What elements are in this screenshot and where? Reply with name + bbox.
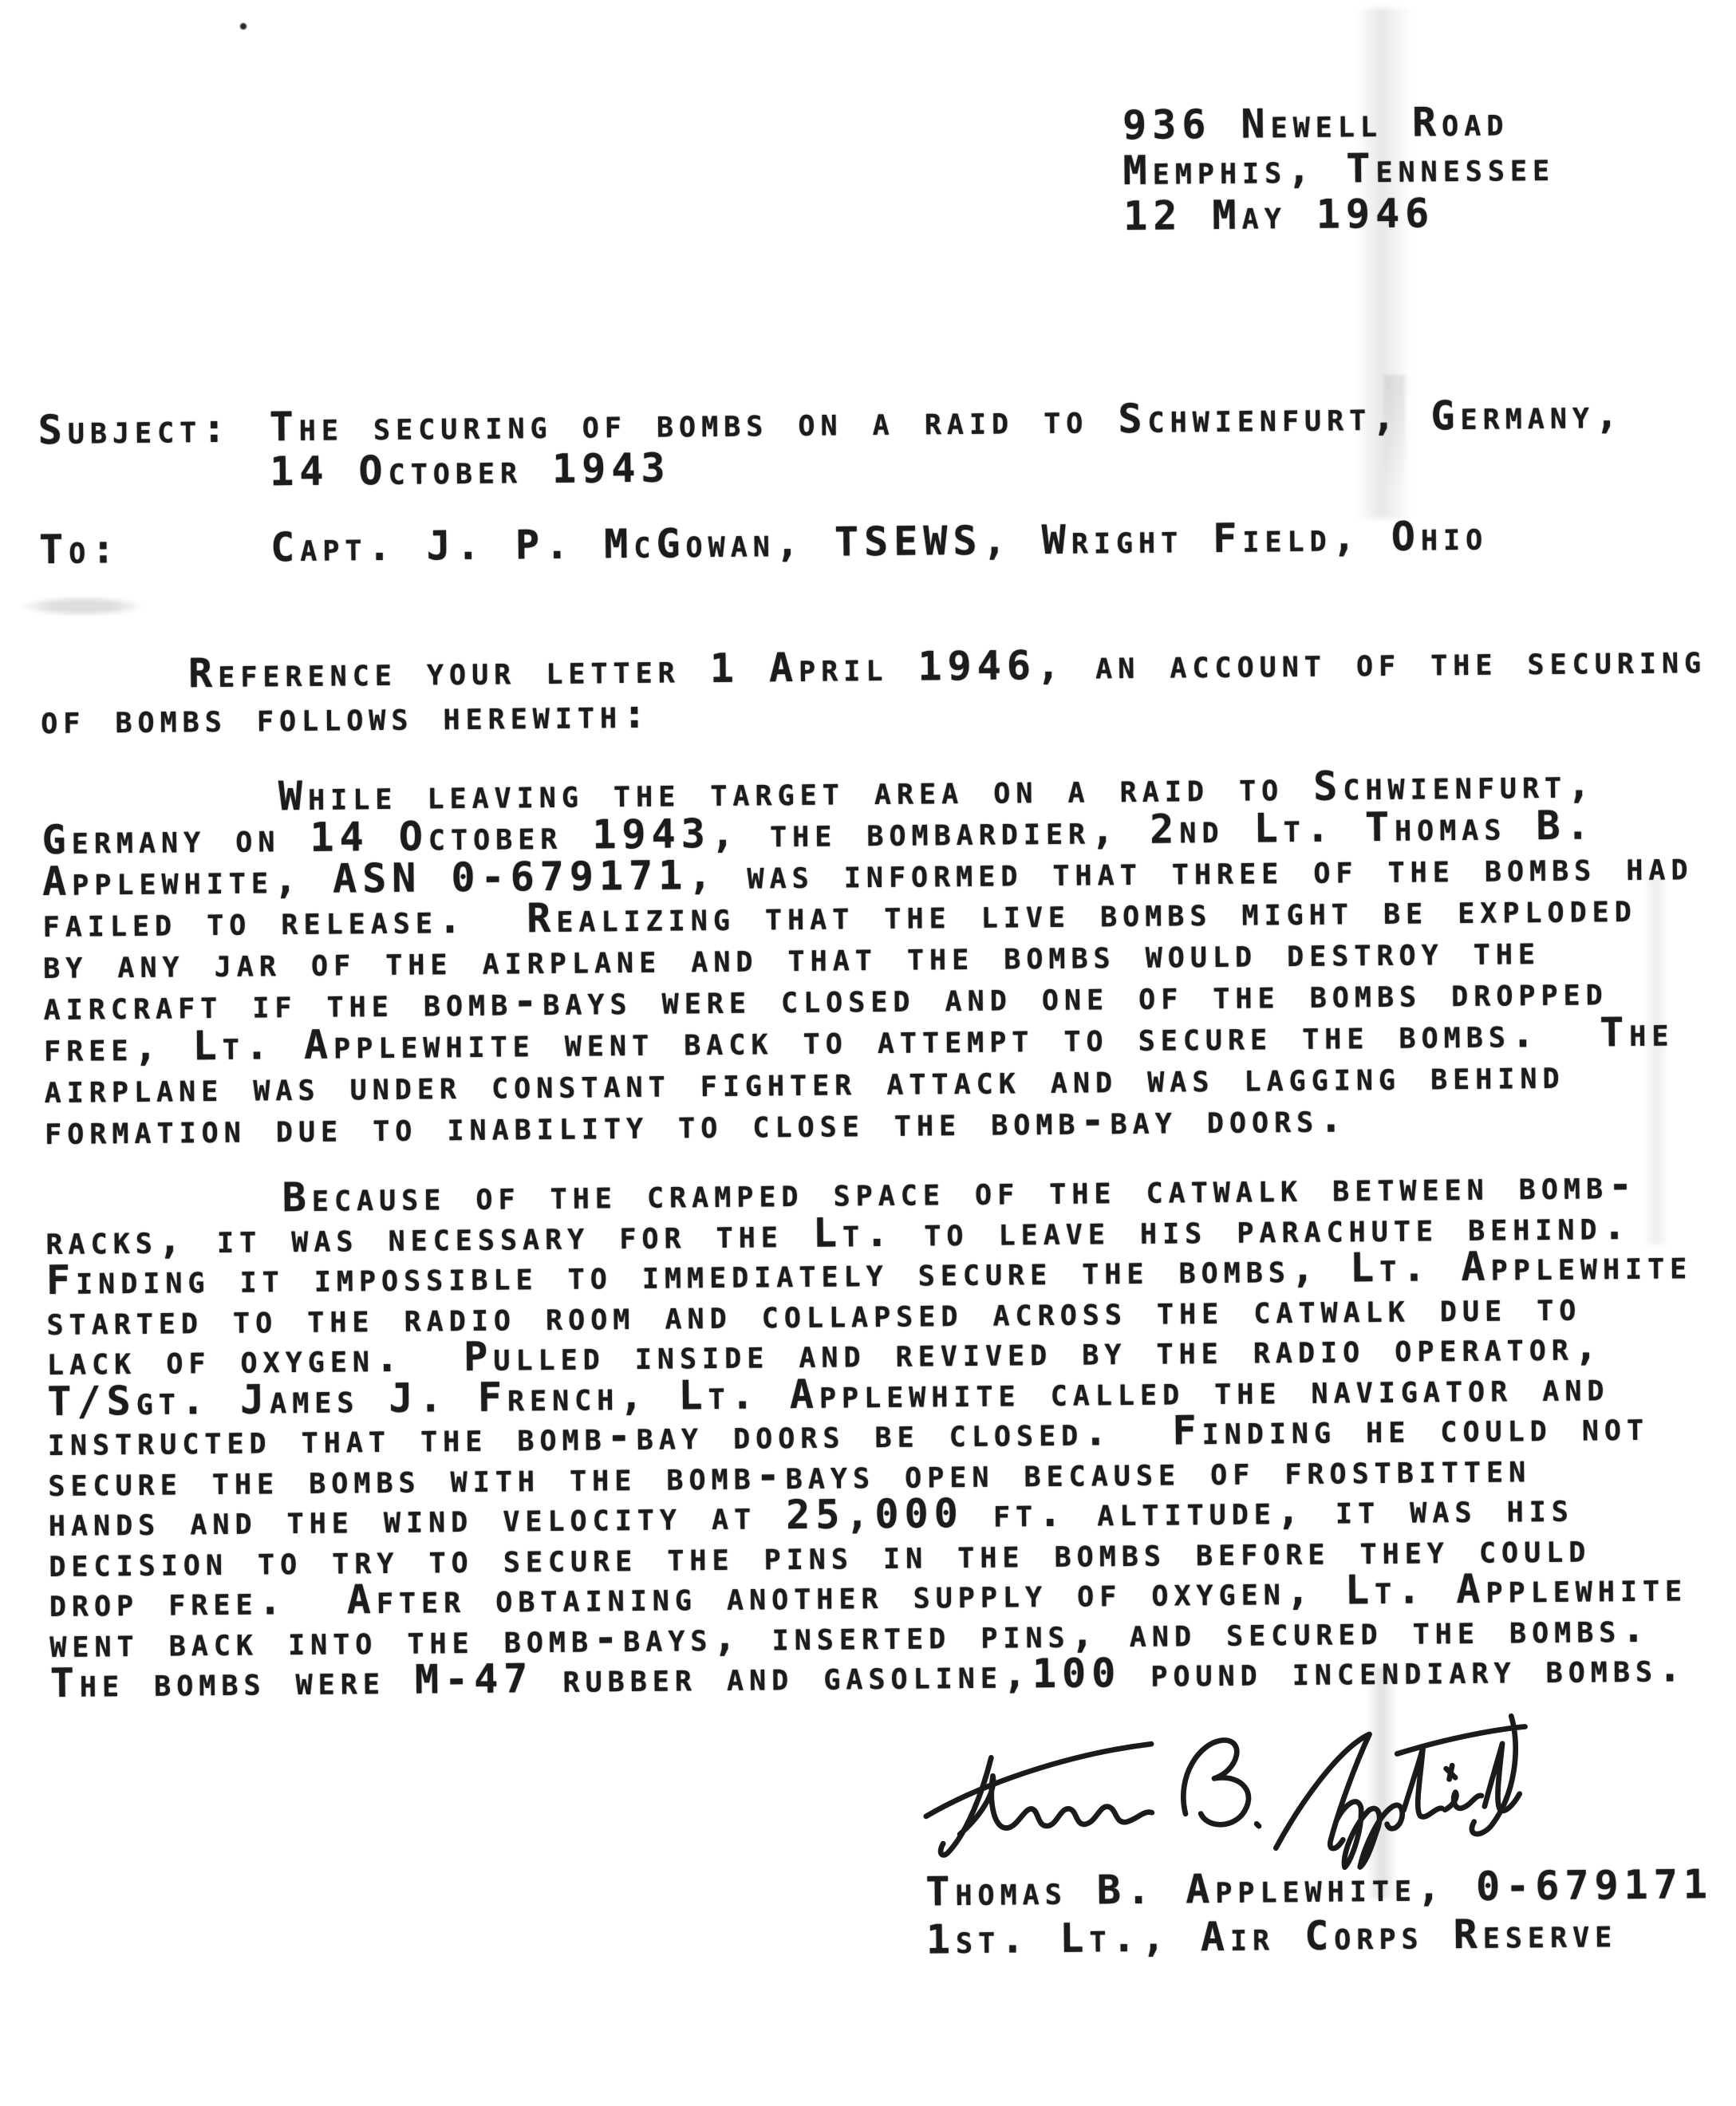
- to-label: To:: [39, 526, 121, 573]
- body-paragraph-1: Reference your letter 1 April 1946, an a…: [40, 637, 1707, 742]
- address-line-1: 936 Newell Road: [1122, 99, 1555, 148]
- date-line: 12 May 1946: [1123, 190, 1556, 239]
- address-line-2: Memphis, Tennessee: [1122, 144, 1555, 194]
- body-paragraph-3: Because of the cramped space of the catw…: [45, 1164, 1697, 1703]
- letter-content: 936 Newell RoadMemphis, Tennessee12 May …: [0, 0, 1736, 2106]
- signature-typed-title: 1st. Lt., Air Corps Reserve: [926, 1908, 1714, 1963]
- return-address-block: 936 Newell RoadMemphis, Tennessee12 May …: [1122, 99, 1556, 239]
- signature-handwriting: [896, 1694, 1548, 1876]
- signature-typed-name: Thomas B. Applewhite, 0-679171: [925, 1860, 1713, 1915]
- signature-typed-block: Thomas B. Applewhite, 0-6791711st. Lt., …: [925, 1860, 1714, 1963]
- subject-text: The securing of bombs on a raid to Schwi…: [269, 392, 1624, 494]
- to-value: Capt. J. P. McGowan, TSEWS, Wright Field…: [270, 513, 1489, 571]
- subject-label: Subject:: [37, 405, 231, 453]
- body-paragraph-2: While leaving the target area on a raid …: [41, 762, 1696, 1151]
- letter-page: 936 Newell RoadMemphis, Tennessee12 May …: [0, 0, 1736, 2106]
